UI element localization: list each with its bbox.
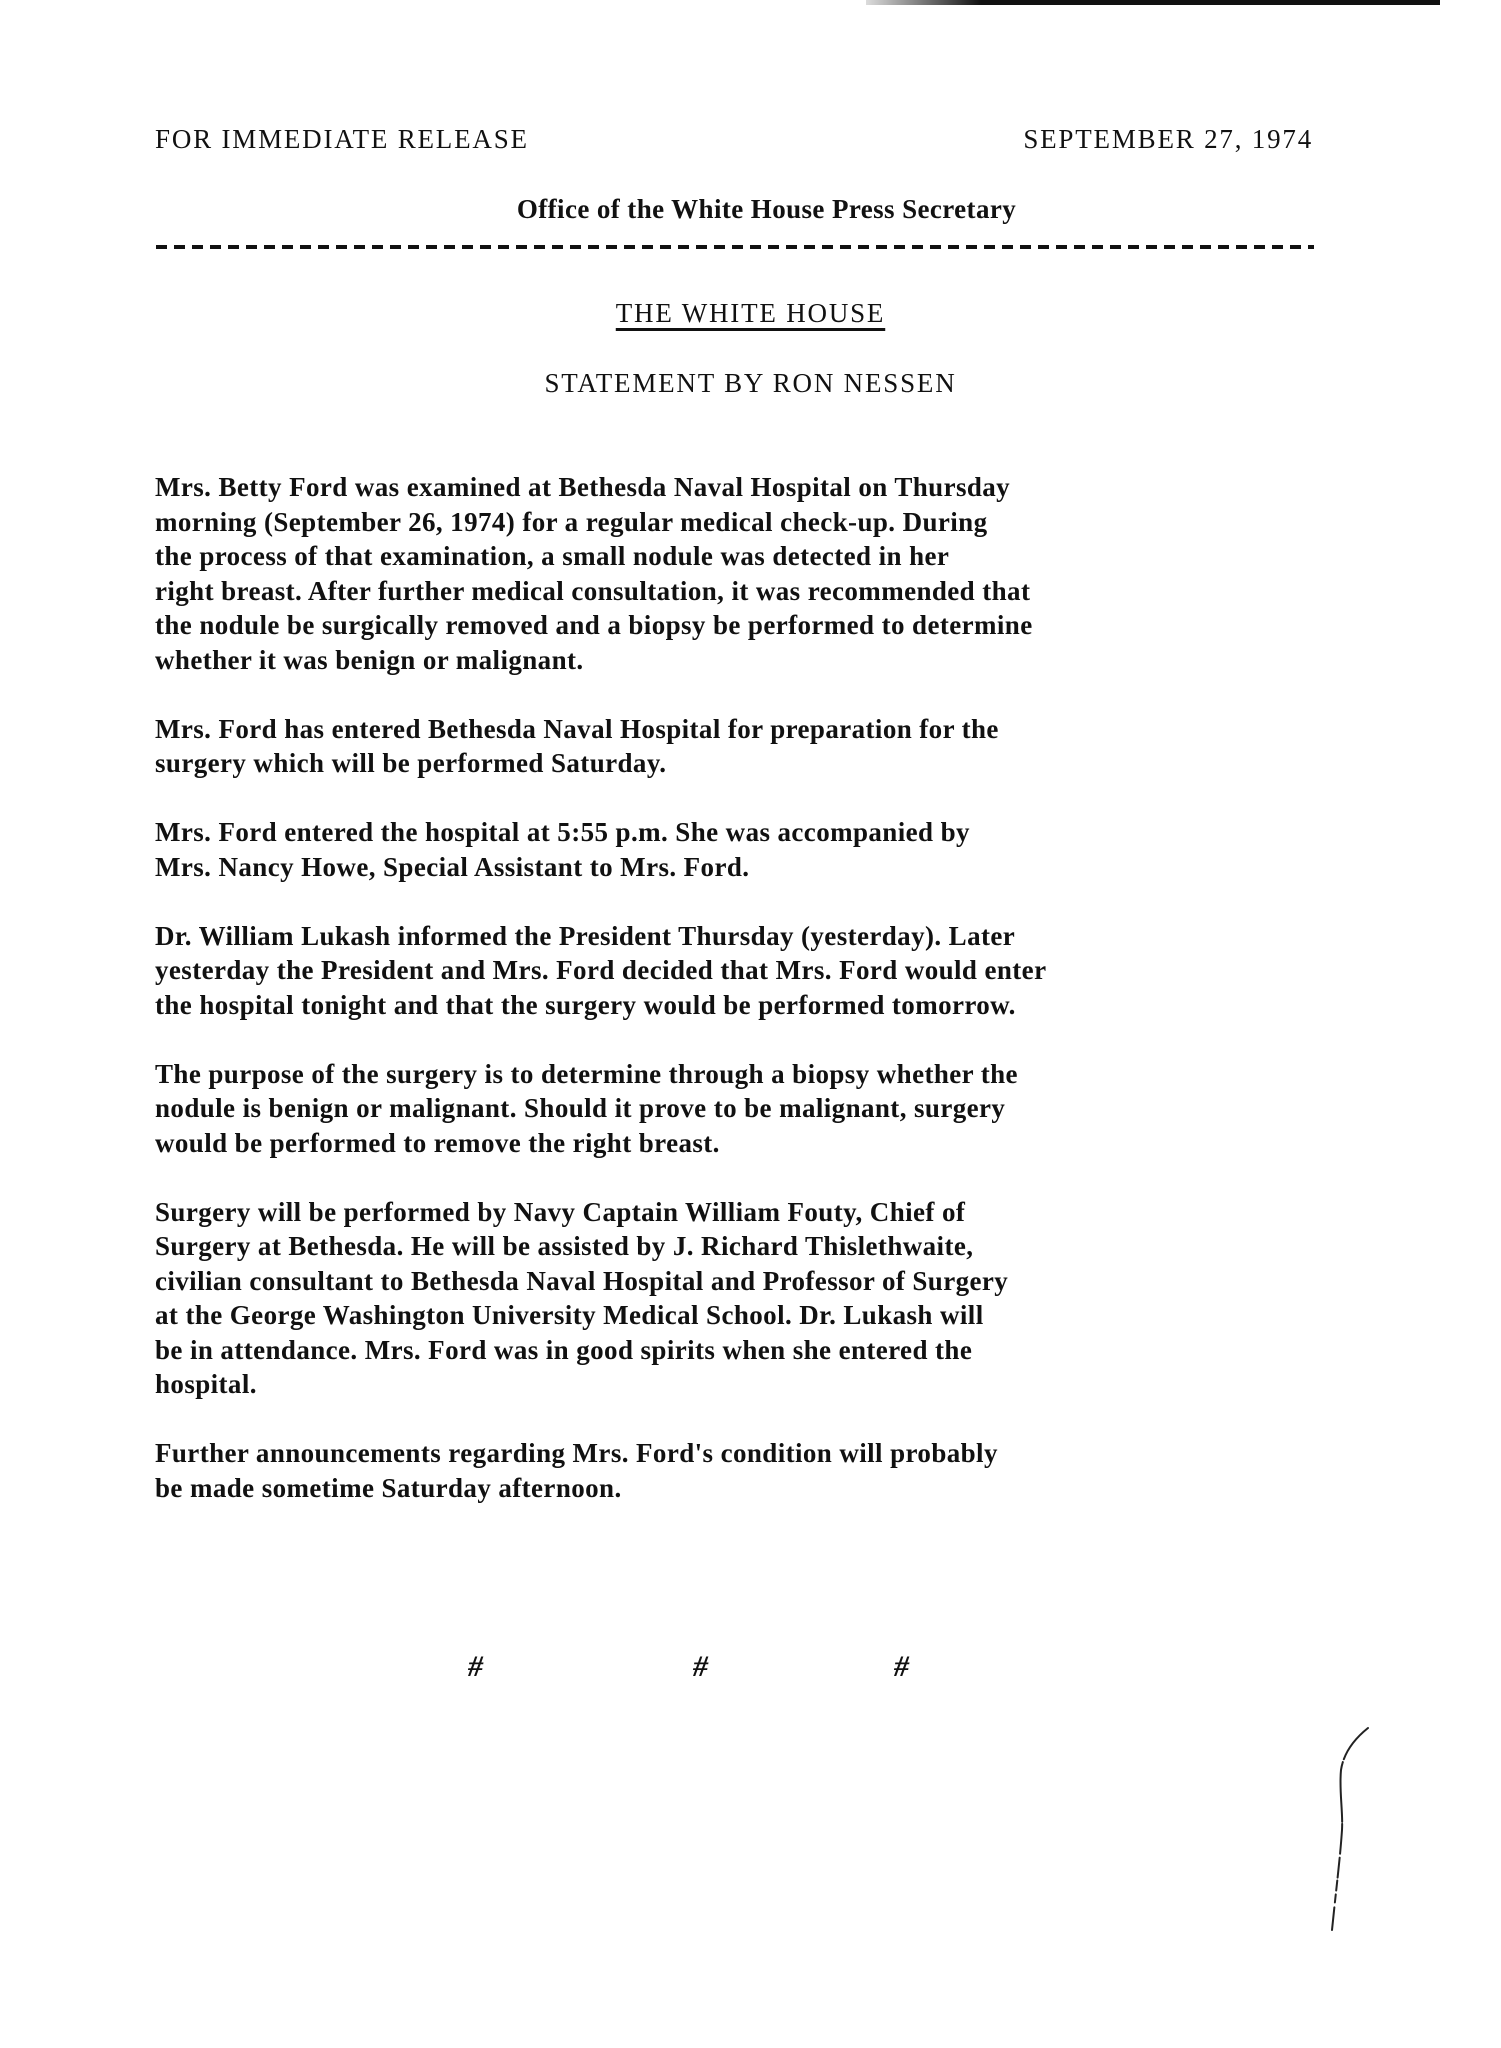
text-line: be in attendance. Mrs. Ford was in good … bbox=[155, 1333, 1335, 1368]
text-line: would be performed to remove the right b… bbox=[155, 1126, 1335, 1161]
text-line: yesterday the President and Mrs. Ford de… bbox=[155, 953, 1335, 988]
text-line: hospital. bbox=[155, 1367, 1335, 1402]
text-line: the hospital tonight and that the surger… bbox=[155, 988, 1335, 1023]
text-line: Mrs. Ford has entered Bethesda Naval Hos… bbox=[155, 712, 1335, 747]
text-line: be made sometime Saturday afternoon. bbox=[155, 1471, 1335, 1506]
text-line: Mrs. Nancy Howe, Special Assistant to Mr… bbox=[155, 850, 1335, 885]
dashed-divider bbox=[156, 245, 1314, 249]
text-line: The purpose of the surgery is to determi… bbox=[155, 1057, 1335, 1092]
end-mark: # bbox=[468, 1650, 483, 1684]
document-title-text: THE WHITE HOUSE bbox=[616, 298, 885, 328]
text-line: surgery which will be performed Saturday… bbox=[155, 746, 1335, 781]
paragraph: Mrs. Betty Ford was examined at Bethesda… bbox=[155, 470, 1335, 677]
statement-body: Mrs. Betty Ford was examined at Bethesda… bbox=[155, 470, 1335, 1540]
text-line: nodule is benign or malignant. Should it… bbox=[155, 1091, 1335, 1126]
release-date: SEPTEMBER 27, 1974 bbox=[1023, 124, 1313, 155]
paragraph: Mrs. Ford entered the hospital at 5:55 p… bbox=[155, 815, 1335, 884]
text-line: the process of that examination, a small… bbox=[155, 539, 1335, 574]
text-line: Surgery will be performed by Navy Captai… bbox=[155, 1195, 1335, 1230]
text-line: whether it was benign or malignant. bbox=[155, 643, 1335, 678]
text-line: Surgery at Bethesda. He will be assisted… bbox=[155, 1229, 1335, 1264]
end-mark: # bbox=[894, 1650, 909, 1684]
text-line: civilian consultant to Bethesda Naval Ho… bbox=[155, 1264, 1335, 1299]
text-line: at the George Washington University Medi… bbox=[155, 1298, 1335, 1333]
document-subtitle: STATEMENT BY RON NESSEN bbox=[0, 368, 1501, 399]
end-of-release-marks: # # # bbox=[0, 1650, 1501, 1690]
text-line: morning (September 26, 1974) for a regul… bbox=[155, 505, 1335, 540]
paragraph: The purpose of the surgery is to determi… bbox=[155, 1057, 1335, 1161]
office-line: Office of the White House Press Secretar… bbox=[0, 194, 1501, 225]
text-line: Mrs. Betty Ford was examined at Bethesda… bbox=[155, 470, 1335, 505]
scan-edge-mark bbox=[866, 0, 1440, 5]
paragraph: Surgery will be performed by Navy Captai… bbox=[155, 1195, 1335, 1402]
document-title: THE WHITE HOUSE bbox=[0, 298, 1501, 329]
text-line: right breast. After further medical cons… bbox=[155, 574, 1335, 609]
text-line: the nodule be surgically removed and a b… bbox=[155, 608, 1335, 643]
paragraph: Mrs. Ford has entered Bethesda Naval Hos… bbox=[155, 712, 1335, 781]
text-line: Dr. William Lukash informed the Presiden… bbox=[155, 919, 1335, 954]
text-line: Mrs. Ford entered the hospital at 5:55 p… bbox=[155, 815, 1335, 850]
text-line: Further announcements regarding Mrs. For… bbox=[155, 1436, 1335, 1471]
release-notice: FOR IMMEDIATE RELEASE bbox=[155, 124, 529, 155]
pen-stroke-mark bbox=[1310, 1720, 1380, 1940]
paragraph: Further announcements regarding Mrs. For… bbox=[155, 1436, 1335, 1505]
end-mark: # bbox=[693, 1650, 708, 1684]
paragraph: Dr. William Lukash informed the Presiden… bbox=[155, 919, 1335, 1023]
